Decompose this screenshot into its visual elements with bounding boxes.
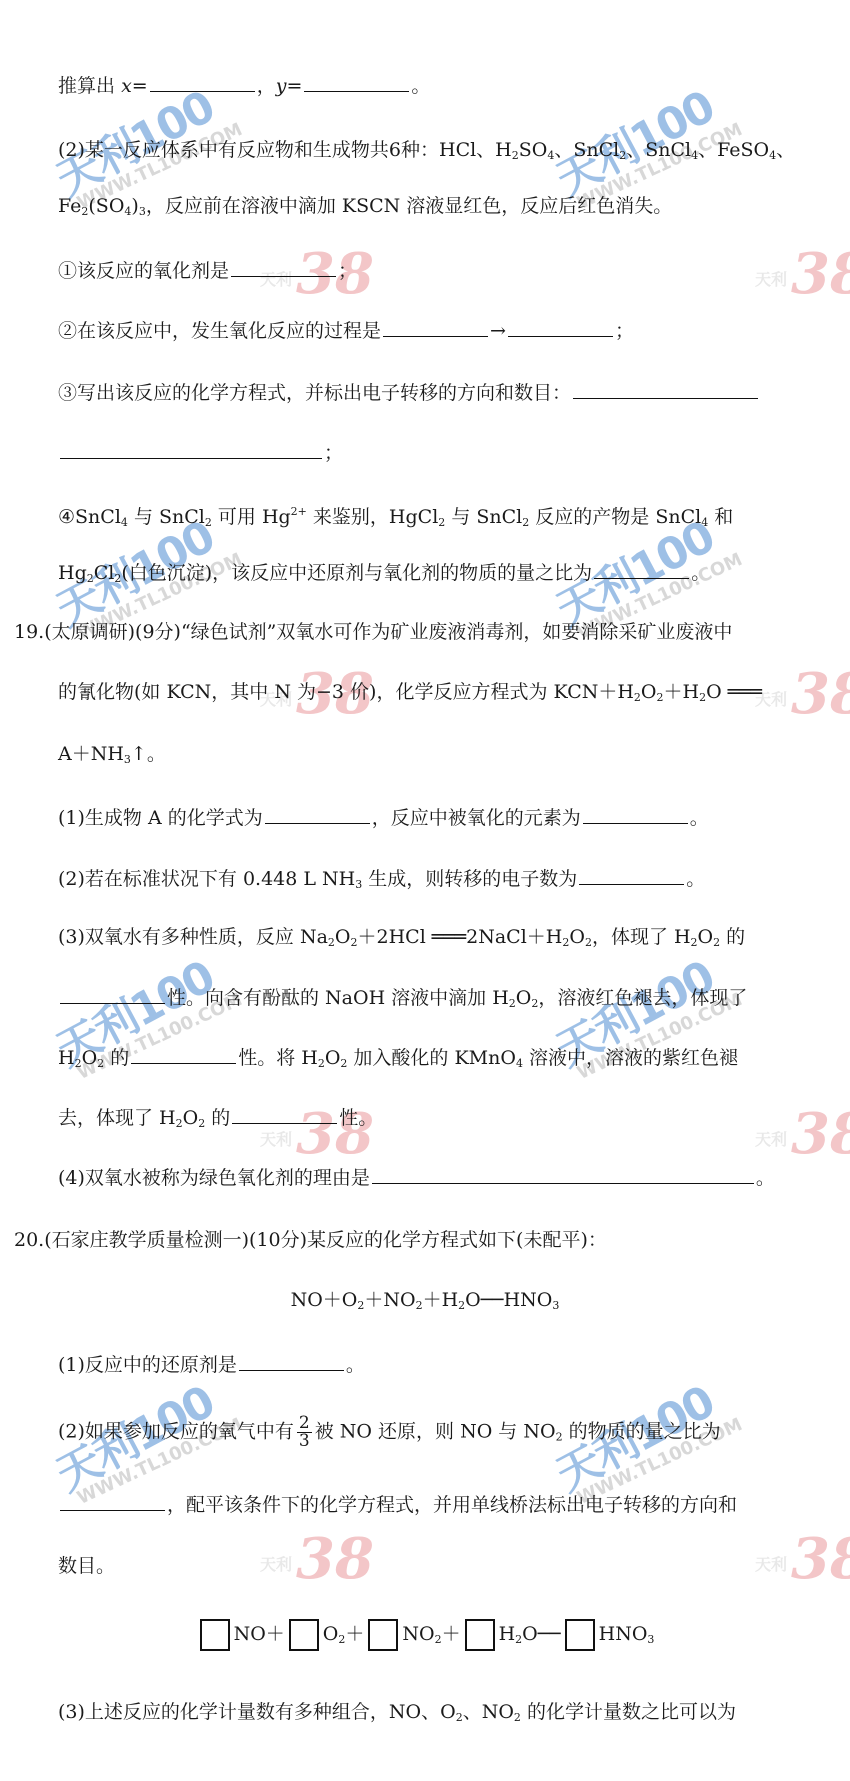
q19-part4: (4)双氧水被称为绿色氧化剂的理由是。 bbox=[58, 1165, 775, 1190]
q18-item4: ④SnCl4 与 SnCl2 可用 Hg2+ 来鉴别，HgCl2 与 SnCl2… bbox=[58, 505, 733, 529]
q20-part3: (3)上述反应的化学计量数有多种组合，NO、O2、NO2 的化学计量数之比可以为 bbox=[58, 1700, 736, 1724]
q20-part1: (1)反应中的还原剂是。 bbox=[58, 1352, 365, 1377]
q18-part2-intro: (2)某一反应体系中有反应物和生成物共6种：HCl、H2SO4、SnCl2、Sn… bbox=[58, 138, 795, 162]
q20-header: 20.(石家庄教学质量检测一)(10分)某反应的化学方程式如下(未配平)： bbox=[14, 1228, 607, 1252]
coefficient-box-no[interactable] bbox=[200, 1619, 230, 1651]
answer-blank-reductant[interactable] bbox=[239, 1352, 344, 1371]
answer-blank-oxidation-to[interactable] bbox=[508, 318, 613, 337]
answer-blank-oxidized-element[interactable] bbox=[583, 805, 688, 824]
q18-item3: ③写出该反应的化学方程式，并标出电子转移的方向和数目： bbox=[58, 380, 760, 405]
watermark-tl38: 天利 38 bbox=[260, 1530, 380, 1600]
answer-blank-equation-b[interactable] bbox=[60, 440, 322, 459]
answer-blank-ratio[interactable] bbox=[594, 560, 689, 579]
q19-part3-line2: 性。向含有酚酞的 NaOH 溶液中滴加 H2O2，溶液红色褪去，体现了 bbox=[58, 985, 747, 1010]
q20-equation: NO＋O2＋NO2＋H2O──HNO3 bbox=[0, 1288, 850, 1312]
q20-part2-line3: 数目。 bbox=[58, 1554, 115, 1578]
answer-blank-equation-a[interactable] bbox=[573, 380, 758, 399]
answer-blank-x[interactable] bbox=[150, 73, 255, 92]
answer-blank-green-reason[interactable] bbox=[372, 1165, 754, 1184]
answer-blank-no-ratio[interactable] bbox=[60, 1492, 165, 1511]
q18-item3-line2: ； bbox=[58, 440, 343, 465]
watermark-tl100: 天利100 WWW.TL100.COM bbox=[540, 60, 740, 190]
watermark-tl38: 天利 38 bbox=[755, 665, 850, 735]
answer-blank-property-1[interactable] bbox=[60, 985, 165, 1004]
watermark-tl38: 天利 38 bbox=[755, 245, 850, 315]
q19-line3: A＋NH3↑。 bbox=[58, 742, 166, 766]
q20-part2: (2)如果参加反应的氧气中有23被 NO 还原，则 NO 与 NO2 的物质的量… bbox=[58, 1415, 721, 1450]
q19-part3-line3: H2O2 的性。将 H2O2 加入酸化的 KMnO4 溶液中，溶液的紫红色褪 bbox=[58, 1045, 738, 1070]
q18-item4-line2: Hg2Cl2(白色沉淀)，该反应中还原剂与氧化剂的物质的量之比为。 bbox=[58, 560, 710, 585]
answer-blank-property-3[interactable] bbox=[232, 1105, 337, 1124]
q18-item2: ②在该反应中，发生氧化反应的过程是→； bbox=[58, 318, 634, 343]
q19-header: 19.(太原调研)(9分)“绿色试剂”双氧水可作为矿业废液消毒剂，如要消除采矿业… bbox=[14, 620, 732, 644]
q18-part2-intro-line2: Fe2(SO4)3，反应前在溶液中滴加 KSCN 溶液显红色，反应后红色消失。 bbox=[58, 194, 672, 218]
coefficient-box-no2[interactable] bbox=[368, 1619, 398, 1651]
fraction-two-thirds: 23 bbox=[297, 1415, 312, 1450]
q19-part2: (2)若在标准状况下有 0.448 L NH3 生成，则转移的电子数为。 bbox=[58, 866, 705, 891]
answer-blank-property-2[interactable] bbox=[131, 1045, 236, 1064]
q20-part2-line2: ，配平该条件下的化学方程式，并用单线桥法标出电子转移的方向和 bbox=[58, 1492, 737, 1517]
arrow-icon: → bbox=[490, 320, 506, 342]
answer-blank-oxidant[interactable] bbox=[231, 258, 336, 277]
q20-balance-equation: NO＋O2＋NO2＋H2O──HNO3 bbox=[0, 1618, 850, 1651]
answer-blank-formula-a[interactable] bbox=[265, 805, 370, 824]
q19-part3: (3)双氧水有多种性质，反应 Na2O2＋2HCl ═══2NaCl＋H2O2，… bbox=[58, 925, 745, 949]
q19-part3-line4: 去，体现了 H2O2 的性。 bbox=[58, 1105, 377, 1130]
q19-line2: 的氰化物(如 KCN，其中 N 为−3 价)，化学反应方程式为 KCN＋H2O2… bbox=[58, 680, 762, 704]
answer-blank-electrons[interactable] bbox=[579, 866, 684, 885]
q18-xy-line: 推算出 x=，y=。 bbox=[58, 73, 430, 98]
coefficient-box-h2o[interactable] bbox=[465, 1619, 495, 1651]
watermark-tl38: 天利 38 bbox=[755, 1530, 850, 1600]
coefficient-box-o2[interactable] bbox=[289, 1619, 319, 1651]
q19-part1: (1)生成物 A 的化学式为，反应中被氧化的元素为。 bbox=[58, 805, 709, 830]
answer-blank-y[interactable] bbox=[304, 73, 409, 92]
coefficient-box-hno3[interactable] bbox=[565, 1619, 595, 1651]
q18-item1: ①该反应的氧化剂是； bbox=[58, 258, 357, 283]
answer-blank-oxidation-from[interactable] bbox=[383, 318, 488, 337]
